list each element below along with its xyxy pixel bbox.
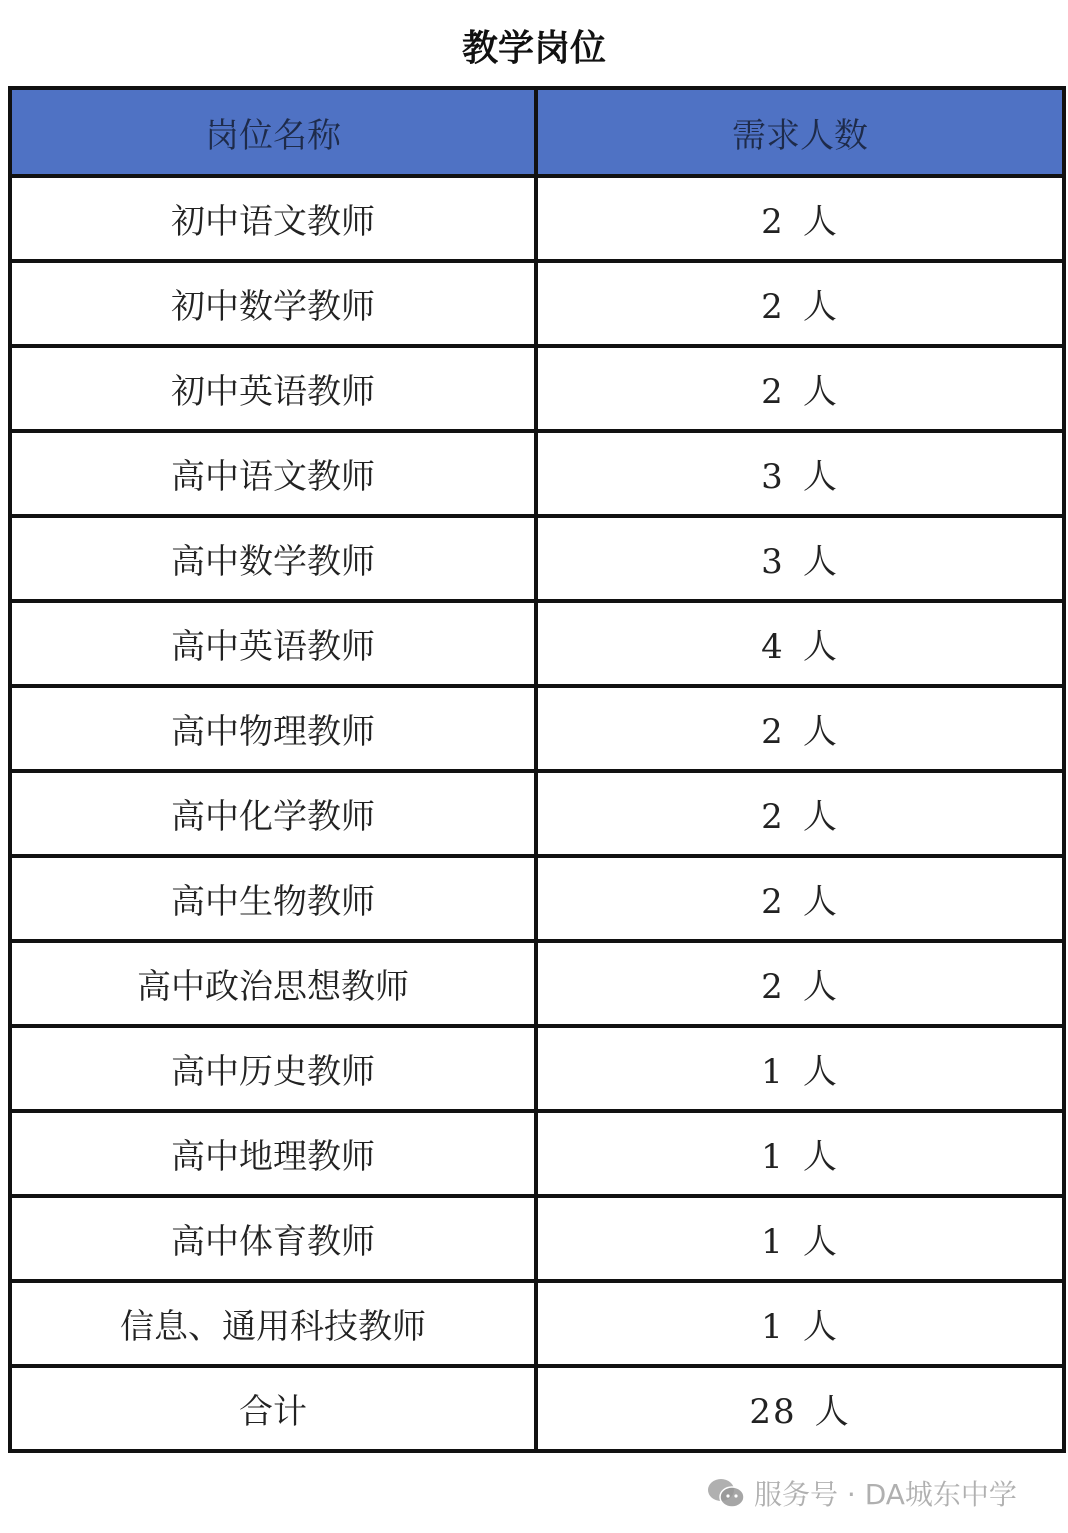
table-row: 高中体育教师 1人 [10, 1196, 1064, 1281]
table-row: 高中数学教师 3人 [10, 516, 1064, 601]
position-name: 高中语文教师 [10, 431, 536, 516]
position-name: 初中数学教师 [10, 261, 536, 346]
table-header-row: 岗位名称 需求人数 [10, 88, 1064, 176]
required-count: 1人 [536, 1281, 1064, 1366]
count-unit: 人 [803, 287, 839, 327]
required-count: 3人 [536, 516, 1064, 601]
count-value: 2 [761, 882, 785, 922]
count-unit: 人 [803, 882, 839, 922]
count-unit: 人 [803, 627, 839, 667]
wechat-icon [706, 1477, 746, 1509]
required-count: 1人 [536, 1026, 1064, 1111]
header-required-count: 需求人数 [536, 88, 1064, 176]
count-unit: 人 [803, 542, 839, 582]
count-unit: 人 [803, 1222, 839, 1262]
count-value: 3 [761, 457, 785, 497]
count-value: 2 [761, 967, 785, 1007]
table-row: 初中语文教师 2人 [10, 176, 1064, 261]
required-count: 2人 [536, 686, 1064, 771]
count-value: 4 [761, 627, 785, 667]
count-unit: 人 [803, 797, 839, 837]
position-name: 高中生物教师 [10, 856, 536, 941]
position-name: 高中物理教师 [10, 686, 536, 771]
required-count: 1人 [536, 1111, 1064, 1196]
table-row: 高中英语教师 4人 [10, 601, 1064, 686]
count-value: 2 [761, 372, 785, 412]
table-row: 初中数学教师 2人 [10, 261, 1064, 346]
required-count: 2人 [536, 856, 1064, 941]
count-value: 1 [761, 1052, 785, 1092]
position-name: 高中体育教师 [10, 1196, 536, 1281]
count-value: 2 [761, 712, 785, 752]
table-row: 高中生物教师 2人 [10, 856, 1064, 941]
count-unit: 人 [803, 202, 839, 242]
positions-table: 岗位名称 需求人数 初中语文教师 2人初中数学教师 2人初中英语教师 2人高中语… [8, 86, 1066, 1453]
count-unit: 人 [815, 1392, 851, 1432]
count-value: 2 [761, 797, 785, 837]
table-row: 信息、通用科技教师 1人 [10, 1281, 1064, 1366]
count-value: 1 [761, 1307, 785, 1347]
position-name: 合计 [10, 1366, 536, 1451]
position-name: 初中语文教师 [10, 176, 536, 261]
count-unit: 人 [803, 457, 839, 497]
count-unit: 人 [803, 372, 839, 412]
required-count: 28人 [536, 1366, 1064, 1451]
count-value: 1 [761, 1222, 785, 1262]
watermark: 服务号 · DA城东中学 [706, 1473, 1017, 1513]
table-row: 高中政治思想教师 2人 [10, 941, 1064, 1026]
count-unit: 人 [803, 712, 839, 752]
position-name: 高中历史教师 [10, 1026, 536, 1111]
count-unit: 人 [803, 1052, 839, 1092]
total-row: 合计 28人 [10, 1366, 1064, 1451]
position-name: 高中英语教师 [10, 601, 536, 686]
count-unit: 人 [803, 967, 839, 1007]
table-row: 高中化学教师 2人 [10, 771, 1064, 856]
required-count: 1人 [536, 1196, 1064, 1281]
count-value: 1 [761, 1137, 785, 1177]
required-count: 2人 [536, 176, 1064, 261]
position-name: 高中地理教师 [10, 1111, 536, 1196]
table-row: 高中语文教师 3人 [10, 431, 1064, 516]
count-unit: 人 [803, 1307, 839, 1347]
required-count: 2人 [536, 261, 1064, 346]
position-name: 高中政治思想教师 [10, 941, 536, 1026]
required-count: 2人 [536, 346, 1064, 431]
required-count: 2人 [536, 941, 1064, 1026]
required-count: 2人 [536, 771, 1064, 856]
position-name: 高中化学教师 [10, 771, 536, 856]
table-row: 高中历史教师 1人 [10, 1026, 1064, 1111]
position-name: 信息、通用科技教师 [10, 1281, 536, 1366]
page-title: 教学岗位 [0, 20, 1068, 71]
required-count: 4人 [536, 601, 1064, 686]
count-value: 2 [761, 287, 785, 327]
count-value: 28 [749, 1392, 796, 1432]
position-name: 初中英语教师 [10, 346, 536, 431]
table-row: 高中地理教师 1人 [10, 1111, 1064, 1196]
count-value: 2 [761, 202, 785, 242]
required-count: 3人 [536, 431, 1064, 516]
table-row: 初中英语教师 2人 [10, 346, 1064, 431]
count-unit: 人 [803, 1137, 839, 1177]
position-name: 高中数学教师 [10, 516, 536, 601]
table-row: 高中物理教师 2人 [10, 686, 1064, 771]
watermark-text: 服务号 · DA城东中学 [754, 1473, 1017, 1513]
header-position-name: 岗位名称 [10, 88, 536, 176]
count-value: 3 [761, 542, 785, 582]
